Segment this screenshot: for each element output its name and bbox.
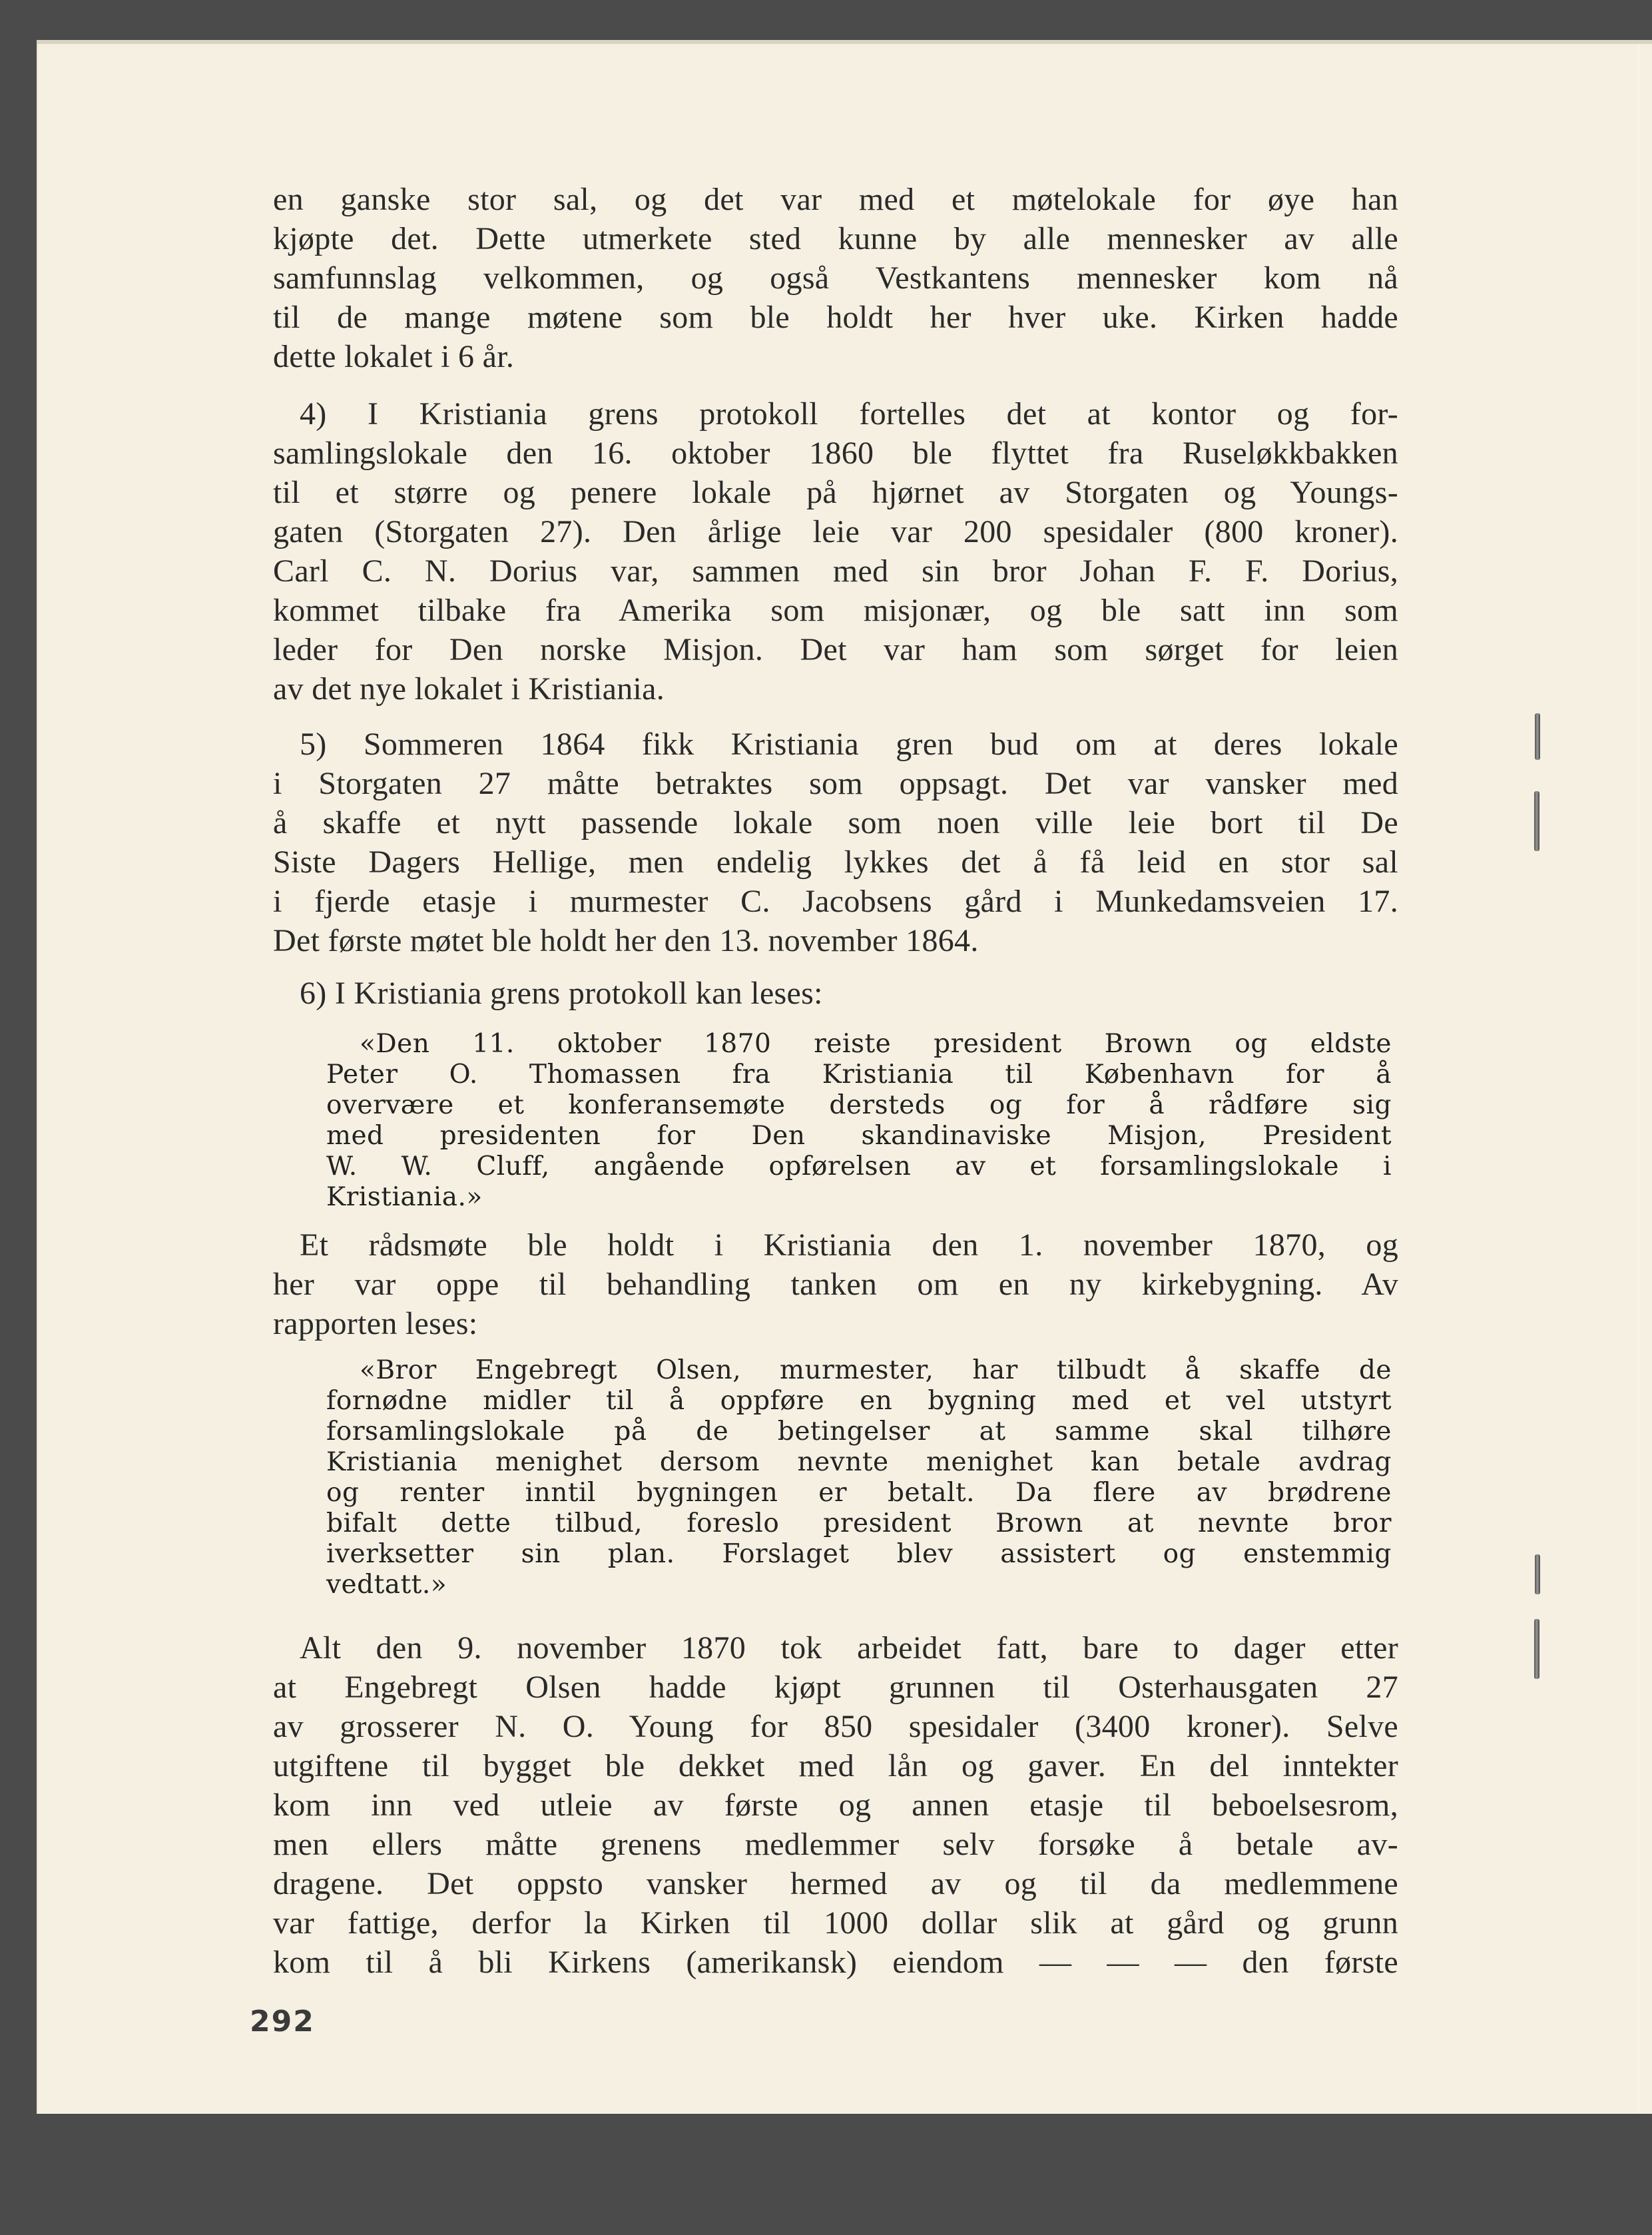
staple-icon [1535,1554,1540,1594]
text-line: Carl C. N. Dorius var, sammen med sin br… [273,551,1398,591]
text-line: en ganske stor sal, og det var med et mø… [273,180,1398,219]
text-line: var fattige, derfor la Kirken til 1000 d… [273,1903,1398,1943]
quote-line: bifalt dette tilbud, foreslo president B… [326,1508,1392,1539]
blockquote-engebregt-olsen: «Bror Engebregt Olsen, murmester, har ti… [326,1355,1392,1600]
text-line: at Engebregt Olsen hadde kjøpt grunnen t… [273,1668,1398,1707]
staple-icon [1534,791,1539,851]
text-line: Det første møtet ble holdt her den 13. n… [273,921,1398,960]
footnote-6: 6) I Kristiania grens protokoll kan lese… [273,974,1398,1013]
text-line: dragene. Det oppsto vansker hermed av og… [273,1864,1398,1903]
quote-line: iverksetter sin plan. Forslaget blev ass… [326,1539,1392,1570]
text-line: til de mange møtene som ble holdt her hv… [273,298,1398,337]
paragraph-intro: en ganske stor sal, og det var med et mø… [273,180,1398,376]
quote-line: og renter inntil bygningen er betalt. Da… [326,1478,1392,1508]
blockquote-1870-october: «Den 11. oktober 1870 reiste president B… [326,1029,1392,1213]
text-line: gaten (Storgaten 27). Den årlige leie va… [273,512,1398,551]
quote-line: Kristiania menighet dersom nevnte menigh… [326,1447,1392,1478]
text-line: dette lokalet i 6 år. [273,337,1398,376]
text-line: 6) I Kristiania grens protokoll kan lese… [273,974,1398,1013]
text-line: rapporten leses: [273,1304,1398,1343]
text-line: leder for Den norske Misjon. Det var ham… [273,630,1398,669]
quote-line: Kristiania.» [326,1182,1392,1213]
text-line: i fjerde etasje i murmester C. Jacobsens… [273,882,1398,921]
text-line: 5) Sommeren 1864 fikk Kristiania gren bu… [273,725,1398,764]
text-line: å skaffe et nytt passende lokale som noe… [273,803,1398,842]
text-line: men ellers måtte grenens medlemmer selv … [273,1825,1398,1864]
text-line: Et rådsmøte ble holdt i Kristiania den 1… [273,1225,1398,1265]
text-line: av det nye lokalet i Kristiania. [273,669,1398,709]
staple-icon [1534,1619,1539,1679]
staple-icon [1535,713,1540,760]
text-line: 4) I Kristiania grens protokoll fortelle… [273,394,1398,434]
text-line: samlingslokale den 16. oktober 1860 ble … [273,434,1398,473]
footnote-5: 5) Sommeren 1864 fikk Kristiania gren bu… [273,725,1398,960]
text-line: av grosserer N. O. Young for 850 spesida… [273,1707,1398,1746]
text-line: kom inn ved utleie av første og annen et… [273,1785,1398,1825]
quote-line: «Bror Engebregt Olsen, murmester, har ti… [326,1355,1392,1386]
quote-line: med presidenten for Den skandinaviske Mi… [326,1121,1392,1151]
text-line: Siste Dagers Hellige, men endelig lykkes… [273,842,1398,882]
footnote-4: 4) I Kristiania grens protokoll fortelle… [273,394,1398,709]
quote-line: forsamlingslokale på de betingelser at s… [326,1417,1392,1447]
page-number: 292 [250,2005,315,2039]
text-line: kom til å bli Kirkens (amerikansk) eiend… [273,1943,1398,1982]
quote-line: fornødne midler til å oppføre en bygning… [326,1386,1392,1417]
quote-line: vedtatt.» [326,1570,1392,1600]
quote-line: overvære et konferansemøte dersteds og f… [326,1090,1392,1121]
page-fold [1638,44,1639,2114]
paragraph-council: Et rådsmøte ble holdt i Kristiania den 1… [273,1225,1398,1343]
text-line: i Storgaten 27 måtte betraktes som oppsa… [273,764,1398,803]
paragraph-construction: Alt den 9. november 1870 tok arbeidet fa… [273,1628,1398,1982]
text-line: utgiftene til bygget ble dekket med lån … [273,1746,1398,1785]
quote-line: W. W. Cluff, angående opførelsen av et f… [326,1151,1392,1182]
quote-line: «Den 11. oktober 1870 reiste president B… [326,1029,1392,1060]
quote-line: Peter O. Thomassen fra Kristiania til Kø… [326,1060,1392,1090]
text-line: Alt den 9. november 1870 tok arbeidet fa… [273,1628,1398,1668]
text-line: her var oppe til behandling tanken om en… [273,1265,1398,1304]
text-line: kjøpte det. Dette utmerkete sted kunne b… [273,219,1398,258]
text-line: kommet tilbake fra Amerika som misjonær,… [273,591,1398,630]
text-line: samfunnslag velkommen, og også Vestkante… [273,258,1398,298]
text-line: til et større og penere lokale på hjørne… [273,473,1398,512]
